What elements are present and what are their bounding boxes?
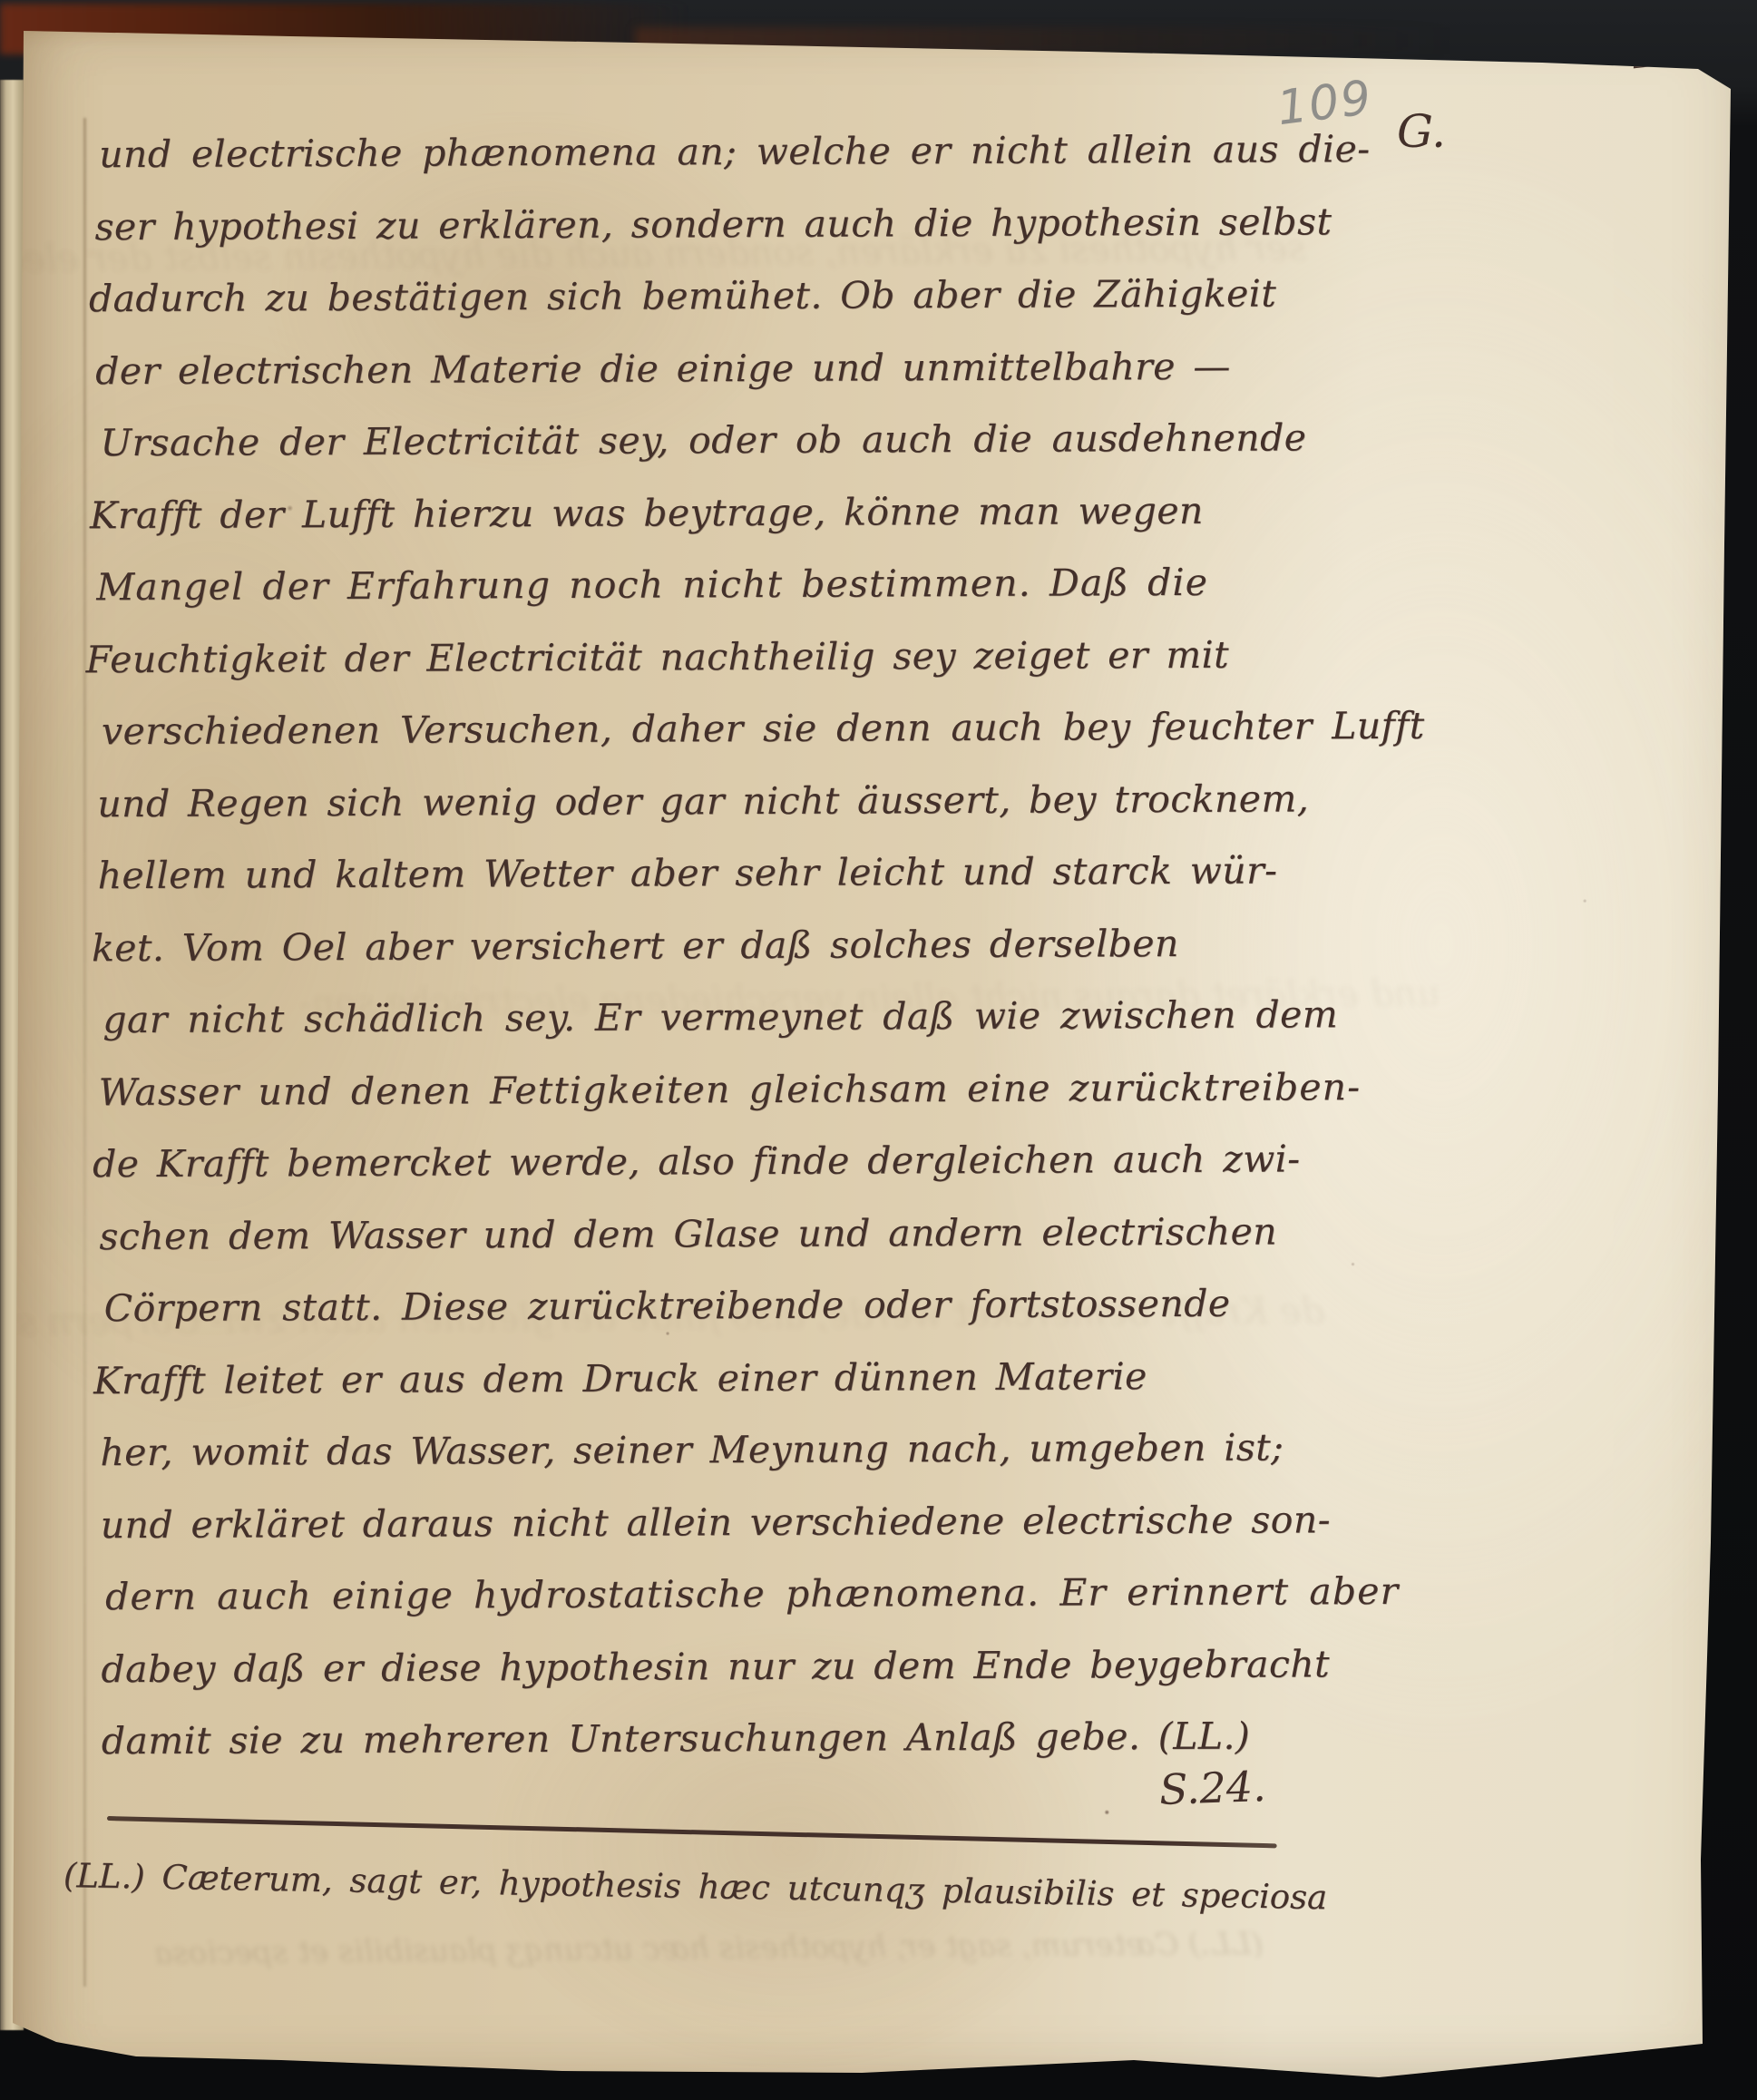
manuscript-line: und erkläret daraus nicht allein verschi… — [90, 1483, 1450, 1561]
manuscript-line: Krafft der Lufft hierzu was beytrage, kö… — [85, 474, 1446, 552]
manuscript-line: schen dem Wasser und dem Glase und ander… — [88, 1195, 1449, 1273]
manuscript-line: der electrischen Materie die einige und … — [84, 329, 1445, 407]
clipped-corner-folio: 13. — [1626, 21, 1712, 78]
manuscript-line: dadurch zu bestätigen sich bemühet. Ob a… — [84, 258, 1445, 336]
manuscript-line: hellem und kaltem Wetter aber sehr leich… — [86, 835, 1447, 913]
manuscript-line: Wasser und denen Fettigkeiten gleichsam … — [88, 1050, 1449, 1128]
footnote-text: (LL.) Cæterum, sagt er, hypothesis hæc u… — [63, 1856, 1328, 1917]
manuscript-line: ket. Vom Oel aber versichert er daß solc… — [87, 906, 1448, 984]
manuscript-line: dern auch einige hydrostatische phænomen… — [90, 1556, 1450, 1634]
manuscript-line: dabey daß er diese hypothesin nur zu dem… — [90, 1627, 1450, 1705]
section-reference: S.24. — [1158, 1762, 1266, 1814]
manuscript-line: und electrische phænomena an; welche er … — [83, 113, 1444, 191]
bleedthrough-text: (LL.) Cæterum, sagt er, hypothesis hæc u… — [154, 1926, 1264, 1972]
manuscript-line: Ursache der Electricität sey, oder ob au… — [84, 402, 1445, 480]
manuscript-line: Krafft leitet er aus dem Druck einer dün… — [89, 1339, 1450, 1417]
manuscript-line: de Krafft bemercket werde, also finde de… — [88, 1123, 1449, 1201]
manuscript-line: verschiedenen Versuchen, daher sie denn … — [86, 690, 1447, 768]
manuscript-line: her, womit das Wasser, seiner Meynung na… — [89, 1411, 1450, 1490]
manuscript-page: ser hypothesi zu erklären, sondern auch … — [0, 0, 1757, 2100]
manuscript-line: ser hypothesi zu erklären, sondern auch … — [83, 185, 1444, 263]
manuscript-line: gar nicht schädlich sey. Er vermeynet da… — [87, 979, 1448, 1057]
manuscript-line: Mangel der Erfahrung noch nicht bestimme… — [85, 546, 1446, 624]
manuscript-scan: ser hypothesi zu erklären, sondern auch … — [0, 0, 1757, 2100]
footnote-separator-line — [107, 1816, 1277, 1848]
manuscript-text-block: und electrische phænomena an; welche er … — [83, 113, 1451, 1778]
manuscript-line: und Regen sich wenig oder gar nicht äuss… — [86, 762, 1447, 840]
manuscript-line: Cörpern statt. Diese zurücktreibende ode… — [89, 1267, 1450, 1345]
manuscript-line: Feuchtigkeit der Electricität nachtheili… — [85, 618, 1446, 696]
